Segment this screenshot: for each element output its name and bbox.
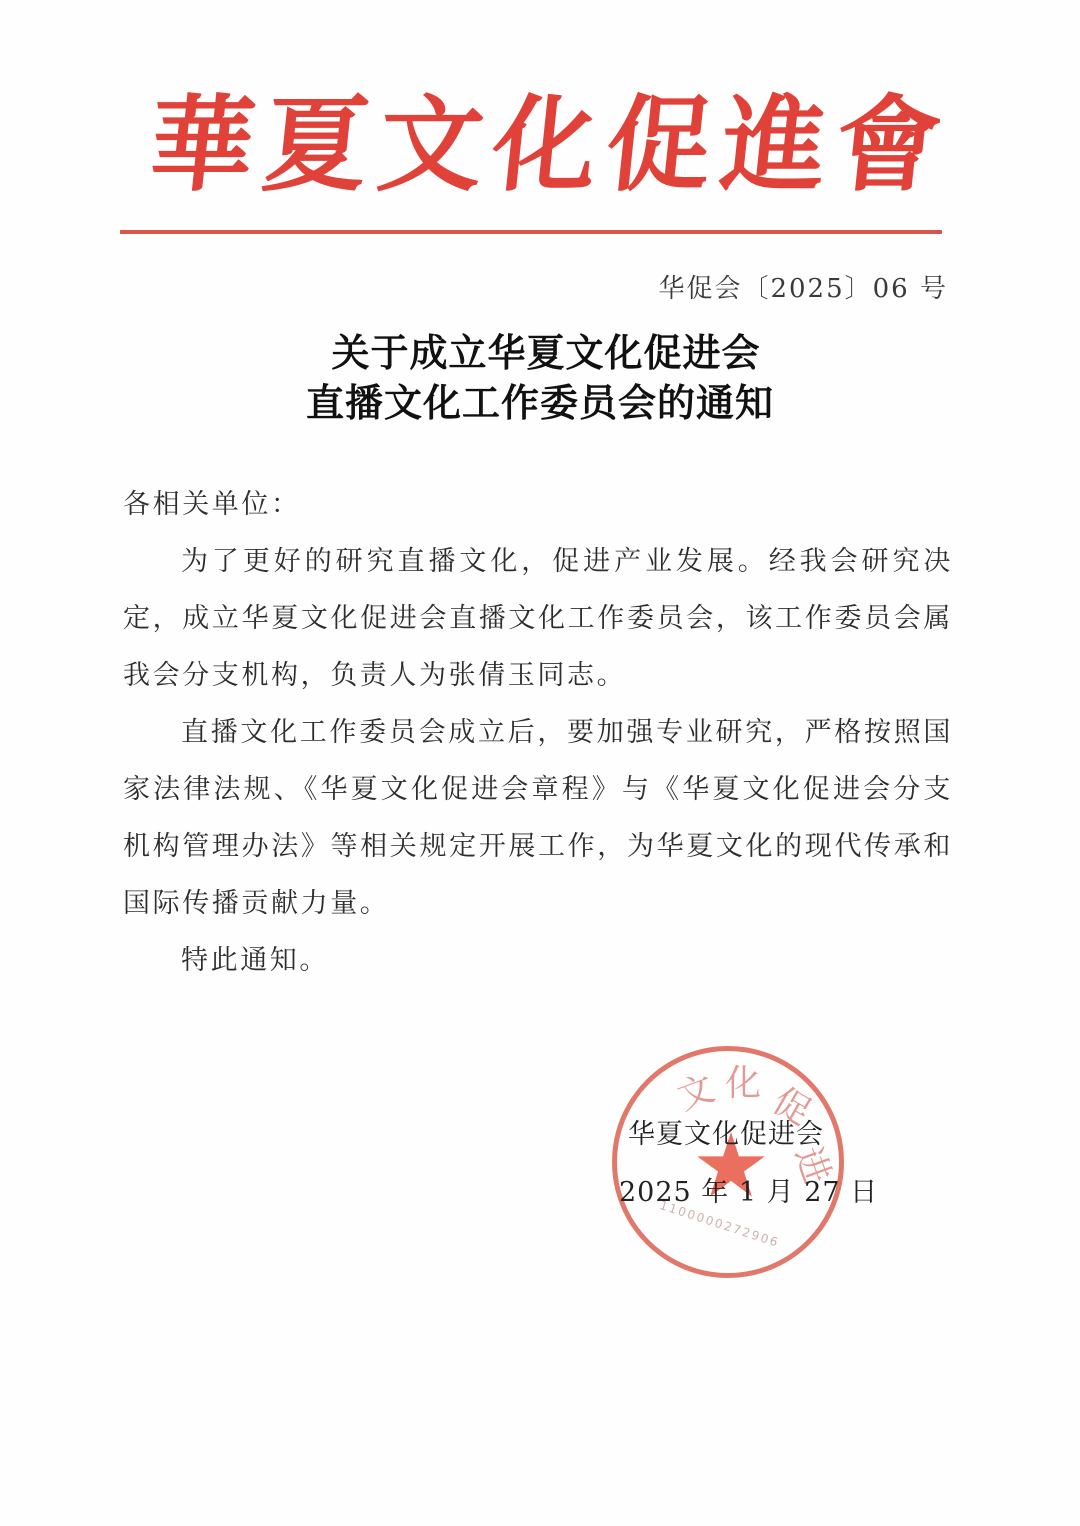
closing-remark: 特此通知。 bbox=[123, 932, 953, 989]
letterhead-char: 華 bbox=[145, 93, 260, 197]
salutation: 各相关单位： bbox=[123, 476, 953, 533]
document-title-line-1: 关于成立华夏文化促进会 bbox=[0, 322, 1080, 377]
official-seal: 文 化 促 进 1100000272906 bbox=[612, 1046, 844, 1278]
letterhead-divider bbox=[120, 230, 942, 234]
letterhead-char: 夏 bbox=[259, 93, 374, 197]
document-page: 華 夏 文 化 促 進 會 华促会〔2025〕06 号 关于成立华夏文化促进会 … bbox=[0, 0, 1080, 1526]
letterhead-char: 化 bbox=[488, 93, 603, 197]
letterhead-char: 促 bbox=[602, 93, 717, 197]
document-number: 华促会〔2025〕06 号 bbox=[658, 268, 948, 305]
document-title-line-2: 直播文化工作委员会的通知 bbox=[0, 372, 1080, 427]
letterhead-char: 文 bbox=[373, 93, 488, 197]
letterhead-char: 會 bbox=[831, 93, 946, 197]
seal-arc-char: 化 bbox=[725, 1055, 761, 1106]
signing-date: 2025 年 1 月 27 日 bbox=[619, 1170, 878, 1209]
signing-organization: 华夏文化促进会 bbox=[628, 1112, 824, 1151]
body-paragraph-2: 直播文化工作委员会成立后，要加强专业研究，严格按照国家法律法规、《华夏文化促进会… bbox=[123, 704, 953, 932]
letterhead-char: 進 bbox=[716, 93, 831, 197]
letterhead-title: 華 夏 文 化 促 進 會 bbox=[150, 70, 940, 220]
body-paragraph-1: 为了更好的研究直播文化，促进产业发展。经我会研究决定，成立华夏文化促进会直播文化… bbox=[123, 533, 953, 704]
